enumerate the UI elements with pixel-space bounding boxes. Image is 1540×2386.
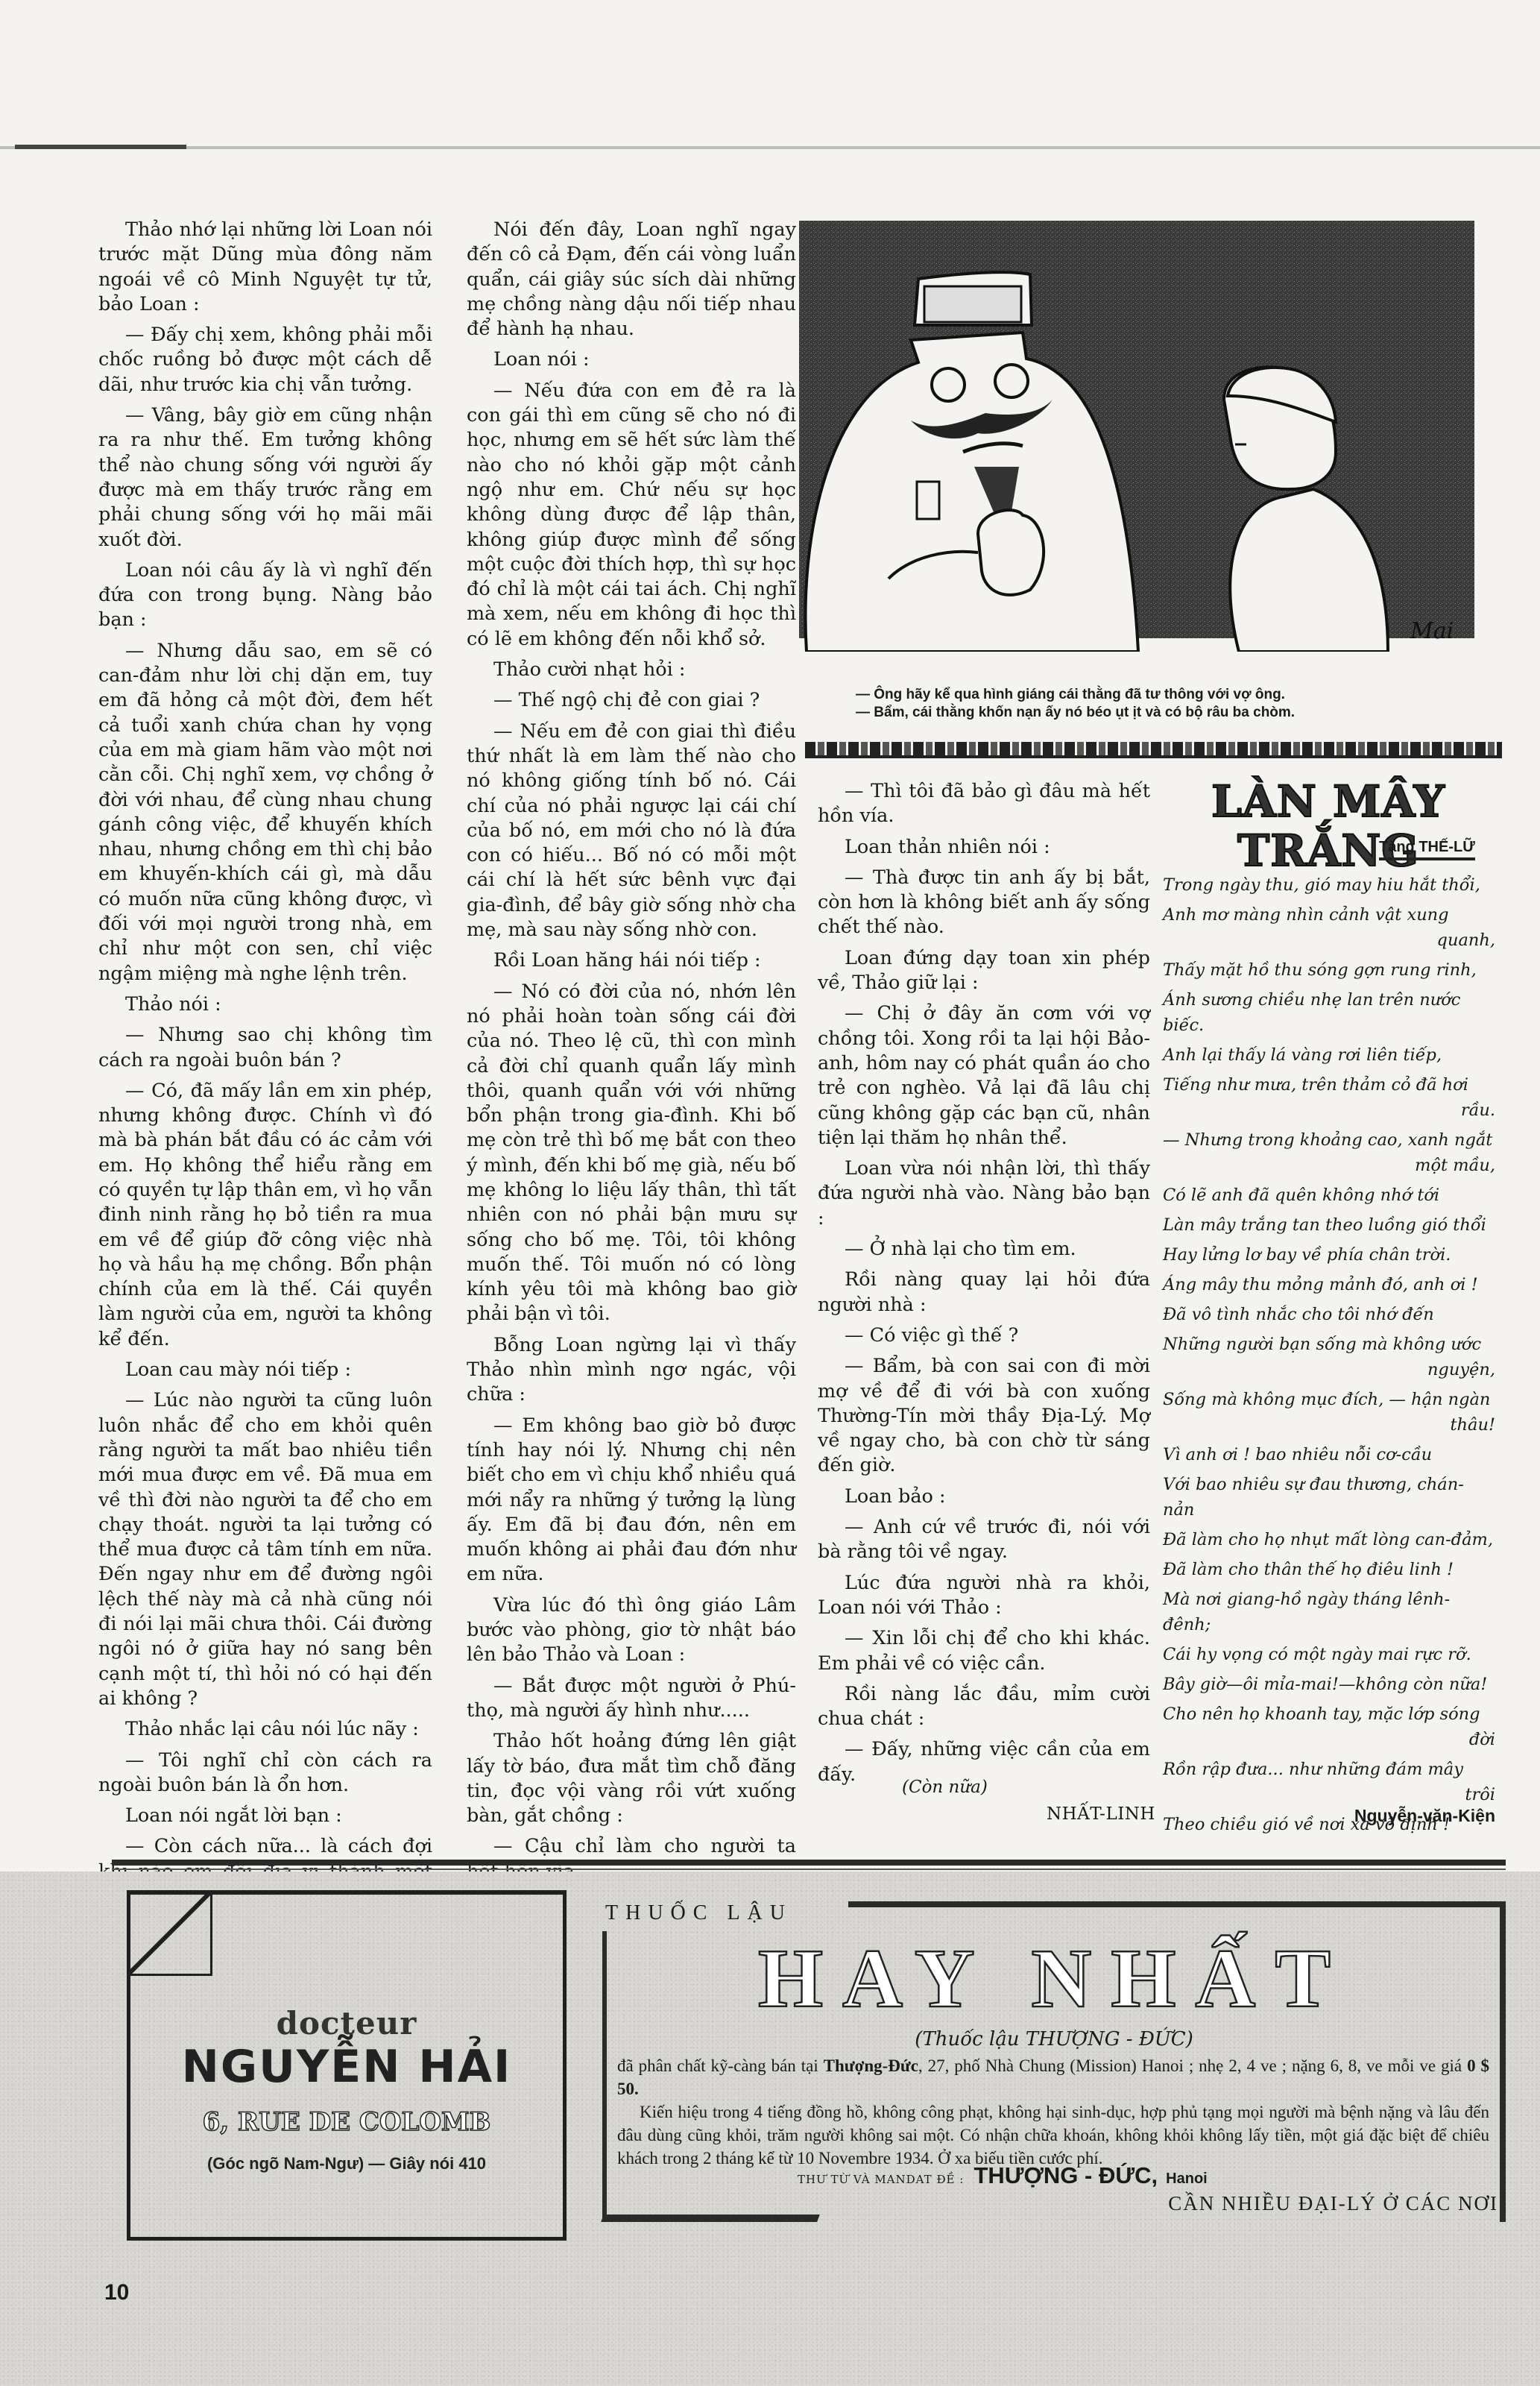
decorative-border	[805, 742, 1502, 758]
top-rule-accent	[15, 145, 186, 149]
paragraph: Loan nói ngắt lời bạn :	[98, 1804, 432, 1828]
paragraph: — Nó có đời của nó, nhớn lên nó phải hoà…	[467, 980, 796, 1327]
poem-line: Bây giờ—ôi mỉa-mai!—không còn nữa!	[1163, 1672, 1495, 1697]
paragraph: Loan nói câu ấy là vì nghĩ đến đứa con t…	[98, 558, 432, 633]
paragraph: — Tôi nghĩ chỉ còn cách ra ngoài buôn bá…	[98, 1748, 432, 1798]
ad-paragraph: đã phân chất kỹ-càng bán tại Thượng-Đức,…	[617, 2054, 1489, 2100]
section-divider-thin	[112, 1869, 1506, 1870]
poem-line: Mà nơi giang-hồ ngày tháng lênh-đênh;	[1163, 1587, 1495, 1637]
tobacco-advertisement: THUỐC LẬU HAY NHẤT (Thuốc lậu THƯỢNG - Đ…	[602, 1886, 1506, 2237]
paragraph: — Có việc gì thế ?	[818, 1323, 1150, 1348]
poem-line-wrap: nguyện,	[1163, 1357, 1495, 1382]
ad-frame	[601, 2215, 820, 2222]
poem-line: Tiếng như mưa, trên thảm cỏ đã hơi	[1163, 1072, 1495, 1098]
caption-line: — Bẩm, cái thằng khốn nạn ấy nó béo ụt ị…	[856, 704, 1452, 722]
poem-line: Sống mà không mục đích, — hận ngàn	[1163, 1387, 1495, 1412]
paragraph: Bỗng Loan ngừng lại vì thấy Thảo nhìn mì…	[467, 1333, 796, 1408]
paragraph: Loan cau mày nói tiếp :	[98, 1358, 432, 1382]
ad-paragraph: Kiến hiệu trong 4 tiếng đồng hồ, không c…	[617, 2100, 1489, 2170]
paragraph: Lúc đứa người nhà ra khỏi, Loan nói với …	[818, 1571, 1150, 1621]
paragraph: — Lúc nào người ta cũng luôn luôn nhắc đ…	[98, 1388, 432, 1711]
ad-kicker: THUỐC LẬU	[605, 1901, 792, 1925]
paragraph: Vừa lúc đó thì ông giáo Lâm bước vào phò…	[467, 1593, 796, 1668]
folded-corner-icon	[127, 1890, 212, 1976]
poem-line: Thấy mặt hồ thu sóng gợn rung rinh,	[1163, 957, 1495, 983]
poem-line-wrap: rầu.	[1163, 1098, 1495, 1123]
paragraph: Loan nói :	[467, 347, 796, 372]
poem-author: Nguyễn-văn-Kiện	[1354, 1806, 1495, 1826]
paragraph: Thảo hốt hoảng đứng lên giật lấy tờ báo,…	[467, 1729, 796, 1828]
paragraph: Loan bảo :	[818, 1485, 1150, 1509]
paragraph: — Nếu em đẻ con giai thì điều thứ nhất l…	[467, 720, 796, 943]
paragraph: — Thế ngộ chị đẻ con giai ?	[467, 688, 796, 713]
poem-line: Đã làm cho thân thế họ điêu linh !	[1163, 1557, 1495, 1582]
poem-line: Anh mơ màng nhìn cảnh vật xung	[1163, 902, 1495, 928]
paragraph: Thảo nhắc lại câu nói lúc nãy :	[98, 1717, 432, 1742]
poem-line: Có lẽ anh đã quên không nhớ tới	[1163, 1183, 1495, 1208]
story-column-3: — Thì tôi đã bảo gì đâu mà hết hồn vía. …	[818, 779, 1150, 1793]
poem-line: Cho nên họ khoanh tay, mặc lớp sóng	[1163, 1702, 1495, 1727]
ad-agents-wanted: CẦN NHIỀU ĐẠI-LÝ Ở CÁC NƠI	[1168, 2192, 1498, 2215]
paragraph: — Nhưng dẫu sao, em sẽ có can-đảm như lờ…	[98, 639, 432, 986]
paragraph: — Anh cứ về trước đi, nói với bà rằng tô…	[818, 1515, 1150, 1565]
poem-line: Trong ngày thu, gió may hiu hắt thổi,	[1163, 872, 1495, 898]
poem-body: Trong ngày thu, gió may hiu hắt thổi,Anh…	[1163, 872, 1495, 1842]
paragraph: Thảo cười nhạt hỏi :	[467, 658, 796, 682]
poem-line-wrap: quanh,	[1163, 928, 1495, 953]
poem-line: Đã làm cho họ nhụt mất lòng can-đảm,	[1163, 1527, 1495, 1552]
doctor-name: NGUYỄN HẢI	[130, 2041, 563, 2093]
cartoon-caption: — Ông hãy kể qua hình giáng cái thằng đã…	[856, 686, 1452, 722]
poem-line: Rồn rập đưa... như những đám mây	[1163, 1757, 1495, 1782]
caption-line: — Ông hãy kể qua hình giáng cái thằng đã…	[856, 686, 1452, 704]
poem-title: LÀN MÂY TRẮNG	[1160, 777, 1497, 826]
paragraph: Loan vừa nói nhận lời, thì thấy đứa ngườ…	[818, 1156, 1150, 1231]
poem-line: Với bao nhiêu sự đau thương, chán-nản	[1163, 1472, 1495, 1523]
doctor-address: 6, RUE DE COLOMB	[130, 2107, 563, 2137]
poem-dedication: Tặng THẾ-LỮ	[1379, 839, 1475, 860]
paragraph: — Chị ở đây ăn cơm với vợ chồng tôi. Xon…	[818, 1001, 1150, 1150]
section-divider	[112, 1860, 1506, 1866]
ad-body: đã phân chất kỹ-càng bán tại Thượng-Đức,…	[617, 2054, 1489, 2170]
cartoon-drawing-icon: Mai	[799, 221, 1474, 652]
paragraph: Loan thản nhiên nói :	[818, 835, 1150, 860]
ad-headline: HAY NHẤT	[602, 1931, 1506, 2027]
cartoon-illustration: Mai	[799, 221, 1474, 652]
paragraph: Rồi Loan hăng hái nói tiếp :	[467, 948, 796, 973]
mail-label: THƯ TỪ VÀ MANDAT ĐỀ :	[798, 2173, 964, 2186]
poem-line: Làn mây trắng tan theo luồng gió thổi	[1163, 1212, 1495, 1238]
poem-line-wrap: đời	[1163, 1727, 1495, 1752]
doctor-advertisement: docteur NGUYỄN HẢI 6, RUE DE COLOMB (Góc…	[127, 1890, 567, 2241]
svg-text:Mai: Mai	[1410, 618, 1454, 644]
top-rule	[0, 146, 1540, 149]
poem-line: Đã vô tình nhắc cho tôi nhớ đến	[1163, 1302, 1495, 1327]
ad-subtitle: (Thuốc lậu THƯỢNG - ĐỨC)	[602, 2028, 1506, 2050]
story-author: NHẤT-LINH	[1047, 1804, 1155, 1824]
ad-frame	[848, 1901, 1506, 1907]
story-column-1: Thảo nhớ lại những lời Loan nói trước mặ…	[98, 218, 432, 1915]
paragraph: — Xin lỗi chị để cho khi khác. Em phải v…	[818, 1626, 1150, 1676]
paragraph: — Nhưng sao chị không tìm cách ra ngoài …	[98, 1023, 432, 1073]
paragraph: — Thì tôi đã bảo gì đâu mà hết hồn vía.	[818, 779, 1150, 829]
paragraph: — Bắt được một người ở Phú-thọ, mà người…	[467, 1674, 796, 1724]
paragraph: — Vâng, bây giờ em cũng nhận ra ra như t…	[98, 403, 432, 553]
paragraph: — Có, đã mấy lần em xin phép, nhưng khôn…	[98, 1079, 432, 1352]
page-number: 10	[104, 2280, 129, 2305]
mail-name: THƯỢNG - ĐỨC,	[973, 2162, 1158, 2188]
poem-line: Anh lại thấy lá vàng rơi liên tiếp,	[1163, 1042, 1495, 1068]
doctor-title: docteur	[130, 2005, 563, 2042]
paragraph: — Em không bao giờ bỏ được tính hay nói …	[467, 1414, 796, 1587]
poem-line: Áng mây thu mỏng mảnh đó, anh ơi !	[1163, 1272, 1495, 1297]
doctor-contact: (Góc ngõ Nam-Ngư) — Giây nói 410	[130, 2154, 563, 2173]
poem-line: Những người bạn sống mà không ước	[1163, 1332, 1495, 1357]
paragraph: Rồi nàng quay lại hỏi đứa người nhà :	[818, 1268, 1150, 1318]
poem-line: Ánh sương chiều nhẹ lan trên nước biếc.	[1163, 987, 1495, 1038]
story-column-2: Nói đến đây, Loan nghĩ ngay đến cô cả Đạ…	[467, 218, 796, 1921]
paragraph: Thảo nói :	[98, 992, 432, 1017]
poem-line: Cái hy vọng có một ngày mai rực rỡ.	[1163, 1642, 1495, 1667]
ad-mail-line: THƯ TỪ VÀ MANDAT ĐỀ : THƯỢNG - ĐỨC, Hano…	[798, 2162, 1208, 2189]
poem-line-wrap: trôi	[1163, 1782, 1495, 1807]
poem-line-wrap: một mầu,	[1163, 1153, 1495, 1178]
paragraph: — Bẩm, bà con sai con đi mời mợ về để đi…	[818, 1354, 1150, 1478]
poem-line: Hay lửng lơ bay về phía chân trời.	[1163, 1242, 1495, 1268]
paragraph: — Nếu đứa con em đẻ ra là con gái thì em…	[467, 379, 796, 652]
paragraph: Rồi nàng lắc đầu, mỉm cười chua chát :	[818, 1682, 1150, 1732]
poem-line: — Nhưng trong khoảng cao, xanh ngắt	[1163, 1127, 1495, 1153]
mail-city: Hanoi	[1166, 2171, 1208, 2187]
paragraph: — Ở nhà lại cho tìm em.	[818, 1237, 1150, 1262]
paragraph: — Đấy chị xem, không phải mỗi chốc ruồng…	[98, 323, 432, 397]
paragraph: — Thà được tin anh ấy bị bắt, còn hơn là…	[818, 866, 1150, 940]
paragraph: Thảo nhớ lại những lời Loan nói trước mặ…	[98, 218, 432, 317]
paragraph: Nói đến đây, Loan nghĩ ngay đến cô cả Đạ…	[467, 218, 796, 341]
poem-line: Vì anh ơi ! bao nhiêu nỗi cơ-cầu	[1163, 1442, 1495, 1467]
to-be-continued: (Còn nữa)	[902, 1778, 988, 1797]
paragraph: Loan đứng dạy toan xin phép về, Thảo giữ…	[818, 946, 1150, 996]
poem-line-wrap: thâu!	[1163, 1412, 1495, 1438]
